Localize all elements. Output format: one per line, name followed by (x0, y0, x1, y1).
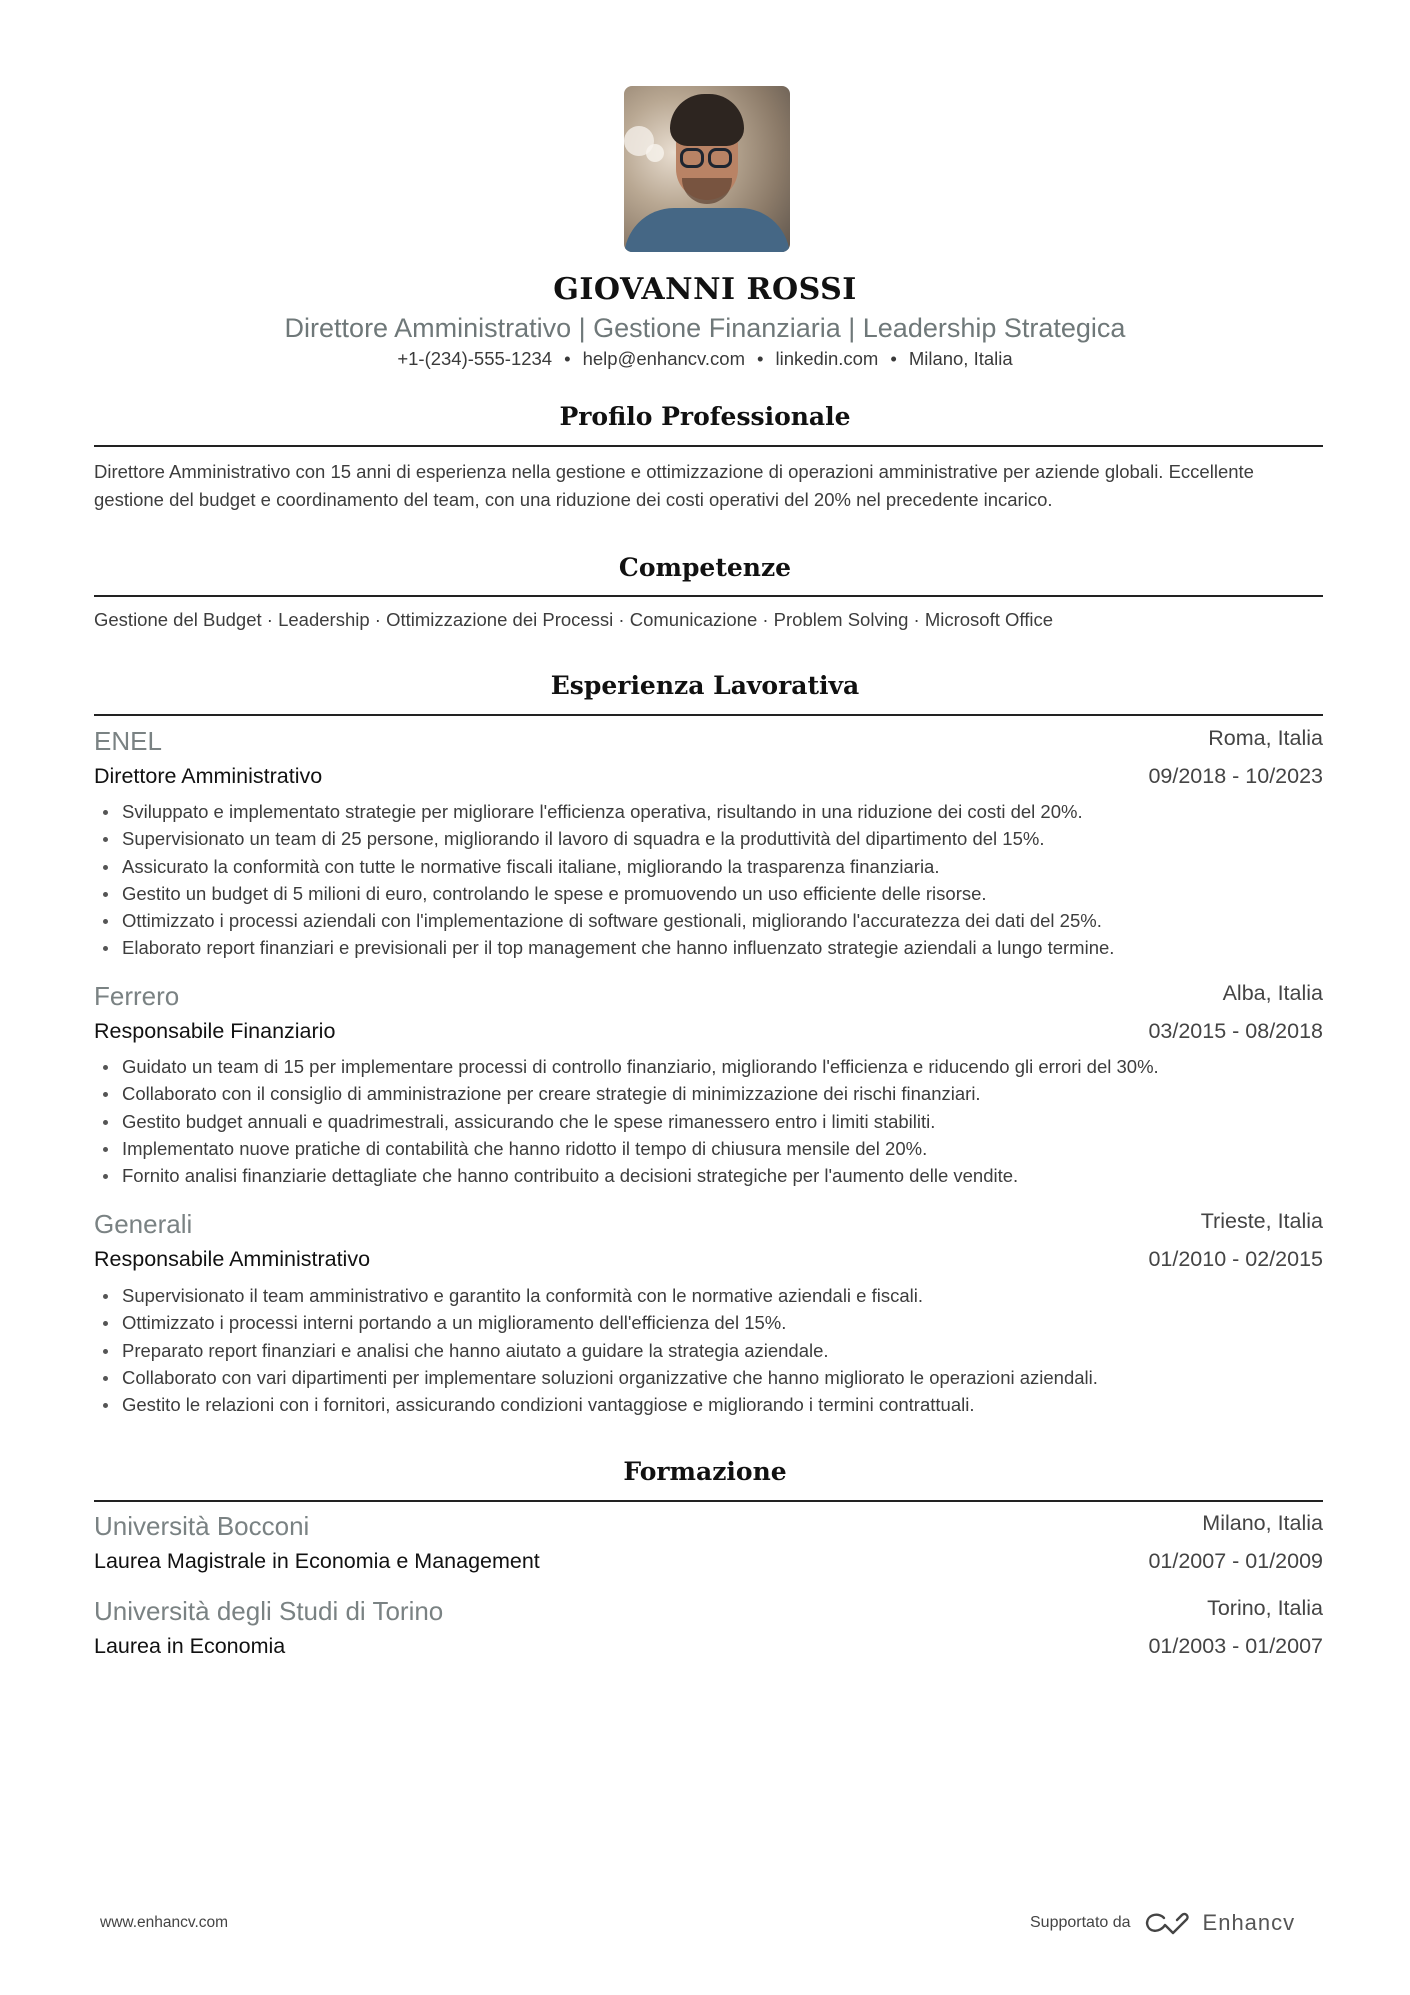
job-location: Trieste, Italia (1201, 1209, 1323, 1234)
bullet-item: Ottimizzato i processi interni portando … (94, 1309, 1323, 1336)
profile-photo (624, 86, 790, 252)
degree: Laurea Magistrale in Economia e Manageme… (94, 1549, 540, 1574)
job-role: Responsabile Finanziario (94, 1019, 335, 1044)
job-dates: 09/2018 - 10/2023 (1148, 764, 1323, 789)
bullet-item: Ottimizzato i processi aziendali con l'i… (94, 907, 1323, 934)
bullet-item: Elaborato report finanziari e previsiona… (94, 934, 1323, 961)
bullet-item: Gestito budget annuali e quadrimestrali,… (94, 1108, 1323, 1135)
footer-branding[interactable]: Supportato da Enhancv (1030, 1910, 1295, 1936)
job-location: Roma, Italia (1208, 726, 1323, 751)
contact-line: +1-(234)-555-1234•help@enhancv.com•linke… (0, 348, 1410, 370)
bullet-item: Gestito un budget di 5 milioni di euro, … (94, 880, 1323, 907)
headline: Direttore Amministrativo | Gestione Fina… (0, 313, 1410, 344)
separator-dot: • (564, 348, 570, 369)
school-location: Torino, Italia (1207, 1596, 1323, 1621)
footer-url[interactable]: www.enhancv.com (100, 1914, 228, 1932)
job-role: Responsabile Amministrativo (94, 1247, 370, 1272)
candidate-name: GIOVANNI ROSSI (0, 272, 1410, 307)
bullet-item: Preparato report finanziari e analisi ch… (94, 1337, 1323, 1364)
school-name: Università Bocconi (94, 1511, 309, 1542)
contact-linkedin[interactable]: linkedin.com (776, 348, 879, 369)
section-title-experience: Esperienza Lavorativa (0, 671, 1410, 700)
job-location: Alba, Italia (1223, 981, 1323, 1006)
bullet-item: Collaborato con il consiglio di amminist… (94, 1080, 1323, 1107)
job-dates: 03/2015 - 08/2018 (1148, 1019, 1323, 1044)
bullet-item: Assicurato la conformità con tutte le no… (94, 853, 1323, 880)
bullet-item: Collaborato con vari dipartimenti per im… (94, 1364, 1323, 1391)
profile-summary: Direttore Amministrativo con 15 anni di … (94, 458, 1323, 513)
skills-list: Gestione del Budget · Leadership · Ottim… (94, 606, 1323, 634)
section-divider (94, 445, 1323, 447)
bullet-item: Guidato un team di 15 per implementare p… (94, 1053, 1323, 1080)
section-title-education: Formazione (0, 1457, 1410, 1486)
bullet-item: Sviluppato e implementato strategie per … (94, 798, 1323, 825)
company-name: Ferrero (94, 981, 179, 1012)
school-name: Università degli Studi di Torino (94, 1596, 443, 1627)
section-divider (94, 595, 1323, 597)
experience-bullets-generali: Supervisionato il team amministrativo e … (94, 1282, 1323, 1418)
enhancv-logo-icon (1143, 1911, 1193, 1935)
section-divider (94, 1500, 1323, 1502)
powered-by-label: Supportato da (1030, 1914, 1131, 1932)
bullet-item: Supervisionato il team amministrativo e … (94, 1282, 1323, 1309)
section-divider (94, 714, 1323, 716)
section-title-skills: Competenze (0, 553, 1410, 582)
company-name: Generali (94, 1209, 192, 1240)
job-role: Direttore Amministrativo (94, 764, 322, 789)
brand-name: Enhancv (1203, 1910, 1296, 1936)
experience-bullets-ferrero: Guidato un team di 15 per implementare p… (94, 1053, 1323, 1189)
experience-bullets-enel: Sviluppato e implementato strategie per … (94, 798, 1323, 962)
contact-location: Milano, Italia (909, 348, 1013, 369)
bullet-item: Fornito analisi finanziarie dettagliate … (94, 1162, 1323, 1189)
bullet-item: Gestito le relazioni con i fornitori, as… (94, 1391, 1323, 1418)
bullet-item: Supervisionato un team di 25 persone, mi… (94, 825, 1323, 852)
separator-dot: • (890, 348, 896, 369)
section-title-profile: Profilo Professionale (0, 402, 1410, 431)
education-dates: 01/2003 - 01/2007 (1148, 1634, 1323, 1659)
bullet-item: Implementato nuove pratiche di contabili… (94, 1135, 1323, 1162)
school-location: Milano, Italia (1202, 1511, 1323, 1536)
separator-dot: • (757, 348, 763, 369)
company-name: ENEL (94, 726, 162, 757)
contact-email[interactable]: help@enhancv.com (583, 348, 745, 369)
contact-phone[interactable]: +1-(234)-555-1234 (397, 348, 552, 369)
education-dates: 01/2007 - 01/2009 (1148, 1549, 1323, 1574)
degree: Laurea in Economia (94, 1634, 285, 1659)
job-dates: 01/2010 - 02/2015 (1148, 1247, 1323, 1272)
